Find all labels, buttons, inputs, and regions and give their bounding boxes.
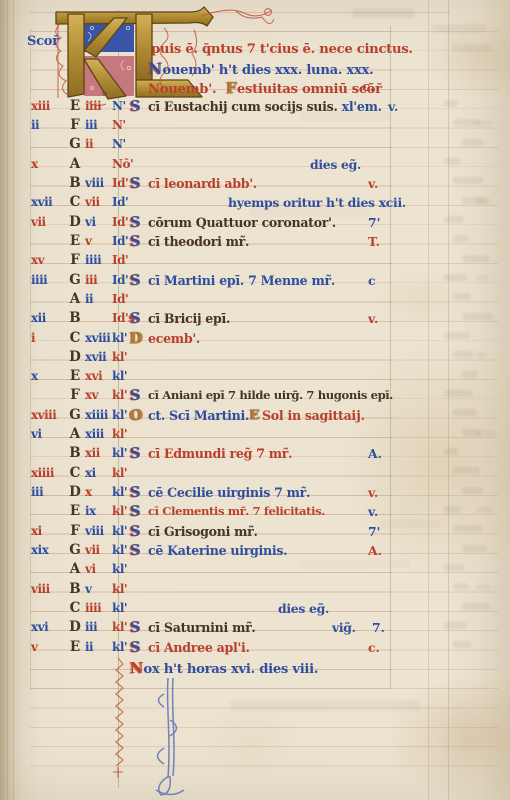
day-count: ix xyxy=(85,502,112,521)
grade-letter: c. xyxy=(368,638,408,657)
day-count: vi xyxy=(85,560,112,579)
show-through-mark xyxy=(352,8,414,18)
golden-number: xiiii xyxy=(31,464,63,483)
calendar-row: BviiiId'Scī leonardi abb'.v. xyxy=(0,174,510,193)
paraph-mark: E xyxy=(250,406,260,425)
grade-letter: T. xyxy=(368,232,408,251)
astronomical-note: Sol in sagittaĳ. xyxy=(262,406,365,425)
day-count: v xyxy=(85,232,112,251)
day-count: vii xyxy=(85,193,112,212)
dominical-letter: D xyxy=(64,483,86,502)
golden-number: viii xyxy=(31,580,63,599)
feast-text: cī Grisogoni mr̃. xyxy=(148,522,258,541)
dominical-letter: C xyxy=(64,464,86,483)
dominical-letter: C xyxy=(64,329,86,348)
grade-letter: v. xyxy=(388,97,428,116)
feast-tail: xl'em. xyxy=(338,99,382,114)
calendar-row: xiiBId'sScī Bricij epī.v. xyxy=(0,309,510,328)
kalend-mark: kl' xyxy=(112,348,136,367)
dominical-letter: D xyxy=(64,213,86,232)
day-count: ii xyxy=(85,135,112,154)
feast-initial: D xyxy=(130,329,143,348)
feast-text: cī Aniani epī 7 hilde uirg̃. 7 hugonis e… xyxy=(148,386,393,405)
dominical-letter: B xyxy=(64,309,86,328)
feast-text: cī Edmundi reg̃ 7 mr̃. xyxy=(148,444,292,463)
calendar-note: dies eg̃. xyxy=(310,155,361,174)
calendar-row: Fxvkl'Scī Aniani epī 7 hilde uirg̃. 7 hu… xyxy=(0,386,510,405)
golden-number: xiii xyxy=(31,97,63,116)
dominical-letter: G xyxy=(64,541,86,560)
golden-number: xviii xyxy=(31,406,63,425)
golden-number: v xyxy=(31,638,63,657)
golden-number: iiii xyxy=(31,271,63,290)
footer-text: ox h't horas xvi. dies viii. xyxy=(143,662,318,677)
feast-initial: S xyxy=(130,271,141,290)
kalend-mark: N' xyxy=(112,116,136,135)
day-count: iiii xyxy=(85,97,112,116)
golden-number: xi xyxy=(31,522,63,541)
dominical-letter: C xyxy=(64,193,86,212)
feast-line-initial: F xyxy=(227,79,237,97)
feast-text: cē Katerine uirginis. xyxy=(148,541,287,560)
feast-initial: S xyxy=(130,444,141,463)
day-count: xv xyxy=(85,386,112,405)
feast-text: cī Eustachij cum socijs suis. xl'em. xyxy=(148,97,382,116)
day-count: xiiii xyxy=(85,406,112,425)
day-count: iii xyxy=(85,618,112,637)
grade-letter: v. xyxy=(368,174,408,193)
calendar-row: xviiiGxiiiikl'Oct. Scī Martini.ESol in s… xyxy=(0,406,510,425)
feast-initial: S xyxy=(130,213,141,232)
feast-initial: S xyxy=(130,502,141,521)
kalend-mark: kl' xyxy=(112,464,136,483)
show-through-mark xyxy=(432,24,486,33)
calendar-row: viiiBvkl' xyxy=(0,580,510,599)
feast-line-month: Nouemb'. xyxy=(148,82,216,97)
calendar-row: xExvikl' xyxy=(0,367,510,386)
grade-letter: 7' xyxy=(368,522,408,541)
day-count: iii xyxy=(85,271,112,290)
day-count: xviii xyxy=(85,329,112,348)
dominical-letter: F xyxy=(64,386,86,405)
feast-text: cī Andree apl'i. xyxy=(148,638,250,657)
grade-letter: A. xyxy=(368,444,408,463)
feast-text: ct. Scī Martini. xyxy=(148,406,249,425)
dominical-letter: B xyxy=(64,580,86,599)
day-count: xi xyxy=(85,464,112,483)
day-count: x xyxy=(85,483,112,502)
calendar-row: xiFviiikl'Scī Grisogoni mr̃.7' xyxy=(0,522,510,541)
grade-letter: c xyxy=(368,271,408,290)
dominical-letter: F xyxy=(64,522,86,541)
header-days-line: Nouemb' h't dies xxx. luna. xxx. xyxy=(148,59,373,79)
feast-text: cī Bricij epī. xyxy=(148,309,230,328)
calendar-row: xviDiiikl'Scī Saturnini mr̃.vig̃.7. xyxy=(0,618,510,637)
dominical-letter: A xyxy=(64,560,86,579)
day-count: iiii xyxy=(85,251,112,270)
feast-initial: S xyxy=(130,541,141,560)
day-count: xii xyxy=(85,444,112,463)
calendar-row: xviiCviiId'hyemps oritur h't dies xcii. xyxy=(0,193,510,212)
kalend-mark: kl' xyxy=(112,580,136,599)
dominical-letter: D xyxy=(64,618,86,637)
footer-line: Nox h't horas xvi. dies viii. xyxy=(130,658,318,678)
calendar-note: hyemps oritur h't dies xcii. xyxy=(228,193,406,212)
dominical-letter: G xyxy=(64,271,86,290)
day-count: viii xyxy=(85,522,112,541)
calendar-row: Dxviikl' xyxy=(0,348,510,367)
feast-initial: S xyxy=(130,232,141,251)
margin-note: Scor̄ xyxy=(27,32,59,52)
red-zigzag-flourish xyxy=(109,656,127,786)
day-count: vii xyxy=(85,541,112,560)
calendar-row: xiiiiCxikl' xyxy=(0,464,510,483)
golden-number: xv xyxy=(31,251,63,270)
grade-letter: v. xyxy=(368,309,408,328)
margin-note-text: Scor̄ xyxy=(27,34,59,49)
kalend-mark: Id' xyxy=(112,251,136,270)
kalend-mark: kl' xyxy=(112,367,136,386)
golden-number: i xyxy=(31,329,63,348)
calendar-note: vig̃. xyxy=(332,618,356,637)
calendar-row: iCxviiikl'Decemb'. xyxy=(0,329,510,348)
golden-number: vii xyxy=(31,213,63,232)
feast-text: cōrum Quattuor coronator'. xyxy=(148,213,336,232)
day-count: vi xyxy=(85,213,112,232)
calendar-row: Ciiiikl'dies eg̃. xyxy=(0,599,510,618)
dominical-letter: C xyxy=(64,599,86,618)
header-verse: puis ē. q̄ntus 7 t'cius ē. nece cinctus. xyxy=(151,40,413,60)
dominical-letter: B xyxy=(64,174,86,193)
show-through-mark xyxy=(230,700,420,711)
header-feast-line: Nouemb'. Festiuitas omniū scōr̄ xyxy=(148,78,382,98)
kalend-mark: kl' xyxy=(112,560,136,579)
dominical-letter: E xyxy=(64,638,86,657)
dominical-letter: B xyxy=(64,444,86,463)
calendar-note: dies eg̃. xyxy=(278,599,329,618)
day-count: v xyxy=(85,580,112,599)
kalend-mark: kl' xyxy=(112,599,136,618)
day-count: ii xyxy=(85,638,112,657)
dominical-letter: G xyxy=(64,135,86,154)
grade-letter: v. xyxy=(368,483,408,502)
feast-initial: S xyxy=(130,483,141,502)
dominical-letter: E xyxy=(64,97,86,116)
feast-initial: S xyxy=(130,618,141,637)
feast-initial: O xyxy=(130,406,143,425)
golden-number: vi xyxy=(31,425,63,444)
day-count: iii xyxy=(85,116,112,135)
footer-initial: N xyxy=(130,659,143,677)
golden-number: ii xyxy=(31,116,63,135)
golden-number: xii xyxy=(31,309,63,328)
show-through-mark xyxy=(452,44,492,52)
golden-number: xvi xyxy=(31,618,63,637)
days-line-initial: N xyxy=(148,59,162,78)
dominical-letter: F xyxy=(64,251,86,270)
feast-text: cī Clementis mr̃. 7 felicitatis. xyxy=(148,502,325,521)
day-count: viii xyxy=(85,174,112,193)
calendar-row: GiiN' xyxy=(0,135,510,154)
feast-initial: S xyxy=(130,638,141,657)
dominical-letter: D xyxy=(64,348,86,367)
day-count: xvi xyxy=(85,367,112,386)
feast-text: ecemb'. xyxy=(148,329,200,348)
feast-line-text: estiuitas omniū scōr̄ xyxy=(237,82,382,97)
calendar-row: Eixkl'Scī Clementis mr̃. 7 felicitatis.v… xyxy=(0,502,510,521)
feast-text: cī leonardi abb'. xyxy=(148,174,257,193)
feast-initial: S xyxy=(130,522,141,541)
feast-text: cī Saturnini mr̃. xyxy=(148,618,256,637)
dominical-letter: A xyxy=(64,155,86,174)
grade-letter: 7. xyxy=(372,618,412,637)
golden-number: xix xyxy=(31,541,63,560)
feast-text: cī Martini epī. 7 Menne mr̃. xyxy=(148,271,335,290)
calendar-row: iiiDxkl'Scē Cecilie uirginis 7 mr̃.v. xyxy=(0,483,510,502)
grade-letter: c. xyxy=(362,80,374,95)
feast-initial: S xyxy=(130,309,141,328)
dominical-letter: A xyxy=(64,425,86,444)
manuscript-page: KL xyxy=(0,0,510,800)
dominical-letter: E xyxy=(64,502,86,521)
feast-initial: S xyxy=(130,97,141,116)
calendar-row: viAxiiikl' xyxy=(0,425,510,444)
dominical-letter: F xyxy=(64,116,86,135)
dominical-letter: A xyxy=(64,290,86,309)
grade-letter: 7' xyxy=(368,213,408,232)
golden-number: xvii xyxy=(31,193,63,212)
day-count: iiii xyxy=(85,599,112,618)
days-line-text: ouemb' h't dies xxx. luna. xxx. xyxy=(162,63,373,78)
calendar-row: EvId'Scī theodori mr̃.T. xyxy=(0,232,510,251)
calendar-row: xvFiiiiId' xyxy=(0,251,510,270)
dominical-letter: E xyxy=(64,232,86,251)
calendar-row: xANō'dies eg̃. xyxy=(0,155,510,174)
grade-letter: A. xyxy=(368,541,408,560)
verse-text: puis ē. q̄ntus 7 t'cius ē. nece cinctus. xyxy=(151,42,413,57)
calendar-row: Avikl' xyxy=(0,560,510,579)
day-count: xiii xyxy=(85,425,112,444)
calendar-row: xiiiEiiiiN'Scī Eustachij cum socijs suis… xyxy=(0,97,510,116)
blue-cadel-flourish xyxy=(138,676,202,800)
day-count: xvii xyxy=(85,348,112,367)
feast-text: cī theodori mr̃. xyxy=(148,232,249,251)
golden-number: iii xyxy=(31,483,63,502)
calendar-row: iiiiGiiiId'Scī Martini epī. 7 Menne mr̃.… xyxy=(0,271,510,290)
kalend-mark: Id' xyxy=(112,193,136,212)
kalend-mark: N' xyxy=(112,135,136,154)
feast-initial: S xyxy=(130,386,141,405)
golden-number: x xyxy=(31,367,63,386)
kalend-mark: Nō' xyxy=(112,155,136,174)
dominical-letter: G xyxy=(64,406,86,425)
feast-text: cē Cecilie uirginis 7 mr̃. xyxy=(148,483,310,502)
calendar-row: xixGviikl'Scē Katerine uirginis.A. xyxy=(0,541,510,560)
header-feast-grade: c. xyxy=(362,78,374,98)
calendar-row: iiFiiiN' xyxy=(0,116,510,135)
golden-number: x xyxy=(31,155,63,174)
feast-initial: S xyxy=(130,174,141,193)
kalend-mark: Id' xyxy=(112,290,136,309)
day-count: ii xyxy=(85,290,112,309)
calendar-row: vEiikl'Scī Andree apl'i.c. xyxy=(0,638,510,657)
calendar-row: viiDviId'Scōrum Quattuor coronator'.7' xyxy=(0,213,510,232)
calendar-row: AiiId' xyxy=(0,290,510,309)
grade-letter: v. xyxy=(368,502,408,521)
dominical-letter: E xyxy=(64,367,86,386)
kalend-mark: kl' xyxy=(112,425,136,444)
calendar-row: Bxiikl'Scī Edmundi reg̃ 7 mr̃.A. xyxy=(0,444,510,463)
